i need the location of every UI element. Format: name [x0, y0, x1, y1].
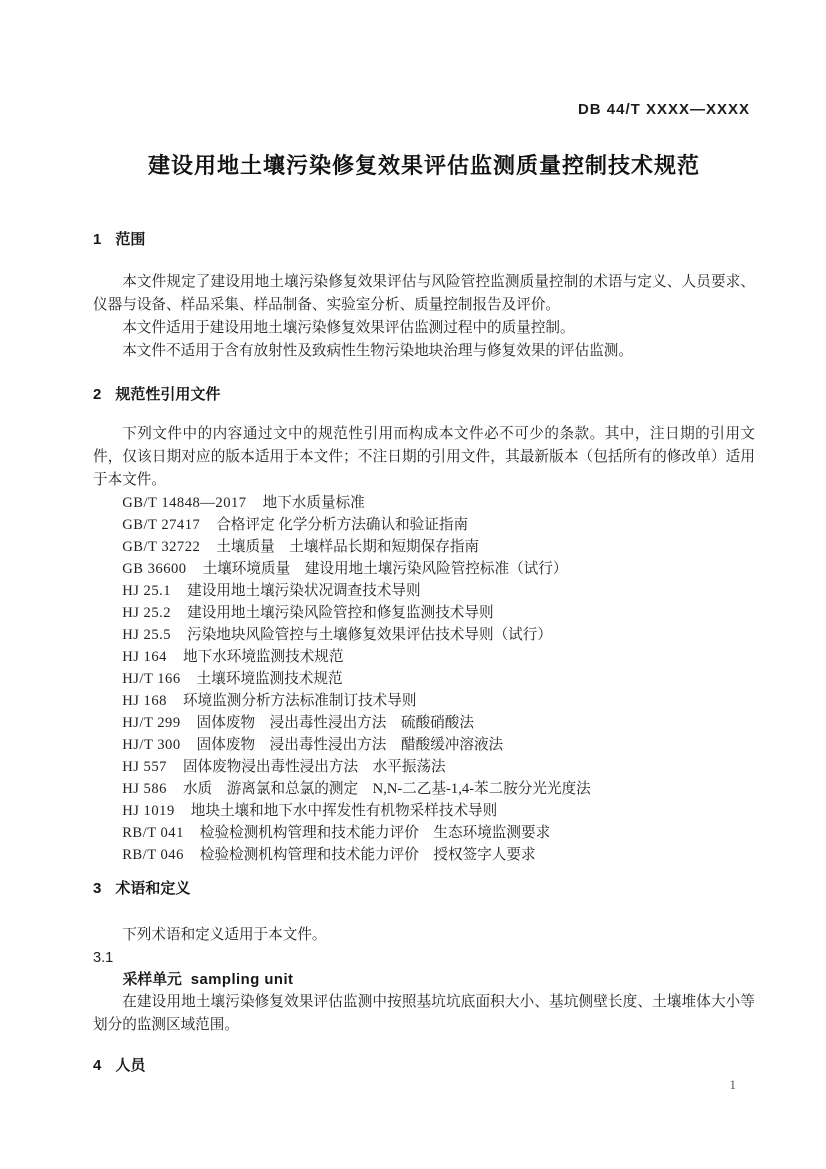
- reference-item: RB/T 041检验检测机构管理和技术能力评价 生态环境监测要求: [93, 822, 755, 844]
- reference-item: GB/T 14848—2017地下水质量标准: [93, 492, 755, 514]
- reference-code: RB/T 046: [122, 844, 184, 866]
- reference-code: HJ 164: [122, 646, 167, 668]
- scope-paragraph-2: 本文件适用于建设用地土壤污染修复效果评估监测过程中的质量控制。: [93, 317, 755, 340]
- reference-title: 环境监测分析方法标准制订技术导则: [183, 693, 417, 709]
- reference-title: 建设用地土壤污染风险管控和修复监测技术导则: [187, 605, 493, 621]
- reference-item: HJ/T 299固体废物 浸出毒性浸出方法 硫酸硝酸法: [93, 712, 755, 734]
- reference-code: RB/T 041: [122, 822, 184, 844]
- reference-code: HJ/T 299: [122, 712, 180, 734]
- scope-paragraph-3: 本文件不适用于含有放射性及致病性生物污染地块治理与修复效果的评估监测。: [93, 340, 755, 363]
- reference-code: GB/T 32722: [122, 536, 200, 558]
- section-1-label: 范围: [115, 231, 145, 248]
- section-1-heading: 1范围: [93, 229, 755, 250]
- scope-paragraph-1: 本文件规定了建设用地土壤污染修复效果评估与风险管控监测质量控制的术语与定义、人员…: [93, 271, 755, 317]
- section-4-heading: 4人员: [93, 1055, 755, 1076]
- section-3-heading: 3术语和定义: [93, 878, 755, 899]
- reference-item: HJ/T 300固体废物 浸出毒性浸出方法 醋酸缓冲溶液法: [93, 734, 755, 756]
- term-number: 3.1: [93, 947, 755, 969]
- reference-item: HJ 1019地块土壤和地下水中挥发性有机物采样技术导则: [93, 800, 755, 822]
- reference-item: GB/T 27417合格评定 化学分析方法确认和验证指南: [93, 514, 755, 536]
- reference-item: HJ 25.2建设用地土壤污染风险管控和修复监测技术导则: [93, 602, 755, 624]
- normative-references-list: GB/T 14848—2017地下水质量标准 GB/T 27417合格评定 化学…: [93, 492, 755, 866]
- reference-item: RB/T 046检验检测机构管理和技术能力评价 授权签字人要求: [93, 844, 755, 866]
- term-name-line: 采样单元sampling unit: [93, 969, 755, 991]
- terms-intro-paragraph: 下列术语和定义适用于本文件。: [93, 924, 755, 947]
- reference-item: GB/T 32722土壤质量 土壤样品长期和短期保存指南: [93, 536, 755, 558]
- reference-code: GB/T 27417: [122, 514, 200, 536]
- term-name-zh: 采样单元: [123, 972, 182, 988]
- reference-item: HJ 25.1建设用地土壤污染状况调查技术导则: [93, 580, 755, 602]
- reference-code: HJ/T 300: [122, 734, 180, 756]
- reference-item: HJ 557固体废物浸出毒性浸出方法 水平振荡法: [93, 756, 755, 778]
- references-intro-paragraph: 下列文件中的内容通过文中的规范性引用而构成本文件必不可少的条款。其中，注日期的引…: [93, 423, 755, 492]
- reference-title: 固体废物 浸出毒性浸出方法 硫酸硝酸法: [197, 715, 474, 731]
- reference-title: 污染地块风险管控与土壤修复效果评估技术导则（试行）: [187, 627, 552, 643]
- document-title: 建设用地土壤污染修复效果评估监测质量控制技术规范: [93, 150, 755, 182]
- reference-code: HJ 25.5: [122, 624, 171, 646]
- reference-item: GB 36600土壤环境质量 建设用地土壤污染风险管控标准（试行）: [93, 558, 755, 580]
- reference-title: 合格评定 化学分析方法确认和验证指南: [216, 517, 468, 533]
- reference-code: HJ 168: [122, 690, 167, 712]
- section-2-label: 规范性引用文件: [115, 386, 220, 403]
- reference-title: 检验检测机构管理和技术能力评价 生态环境监测要求: [200, 825, 550, 841]
- reference-item: HJ 586水质 游离氯和总氯的测定 N,N-二乙基-1,4-苯二胺分光光度法: [93, 778, 755, 800]
- reference-title: 水质 游离氯和总氯的测定 N,N-二乙基-1,4-苯二胺分光光度法: [183, 781, 591, 797]
- reference-item: HJ 168环境监测分析方法标准制订技术导则: [93, 690, 755, 712]
- reference-code: HJ/T 166: [122, 668, 180, 690]
- reference-code: HJ 557: [122, 756, 167, 778]
- reference-code: HJ 25.1: [122, 580, 171, 602]
- reference-code: GB 36600: [122, 558, 186, 580]
- reference-title: 土壤环境质量 建设用地土壤污染风险管控标准（试行）: [203, 561, 568, 577]
- page-number: 1: [730, 1077, 737, 1092]
- reference-title: 建设用地土壤污染状况调查技术导则: [187, 583, 421, 599]
- reference-title: 地下水质量标准: [263, 495, 365, 511]
- reference-item: HJ 164地下水环境监测技术规范: [93, 646, 755, 668]
- reference-item: HJ/T 166土壤环境监测技术规范: [93, 668, 755, 690]
- term-definition-paragraph: 在建设用地土壤污染修复效果评估监测中按照基坑坑底面积大小、基坑侧壁长度、土壤堆体…: [93, 991, 755, 1037]
- section-2-heading: 2规范性引用文件: [93, 384, 755, 405]
- section-4-number: 4: [93, 1055, 101, 1076]
- section-3-label: 术语和定义: [115, 880, 190, 897]
- reference-code: HJ 586: [122, 778, 167, 800]
- reference-title: 土壤质量 土壤样品长期和短期保存指南: [216, 539, 479, 555]
- reference-title: 地下水环境监测技术规范: [183, 649, 344, 665]
- reference-code: HJ 1019: [122, 800, 175, 822]
- reference-code: GB/T 14848—2017: [122, 492, 246, 514]
- document-page: DB 44/T XXXX—XXXX 建设用地土壤污染修复效果评估监测质量控制技术…: [0, 0, 826, 1169]
- reference-code: HJ 25.2: [122, 602, 171, 624]
- term-name-en: sampling unit: [191, 972, 294, 988]
- document-code: DB 44/T XXXX—XXXX: [578, 101, 750, 119]
- reference-title: 土壤环境监测技术规范: [197, 671, 343, 687]
- reference-item: HJ 25.5污染地块风险管控与土壤修复效果评估技术导则（试行）: [93, 624, 755, 646]
- section-1-number: 1: [93, 229, 101, 250]
- section-3-number: 3: [93, 878, 101, 899]
- reference-title: 固体废物浸出毒性浸出方法 水平振荡法: [183, 759, 446, 775]
- reference-title: 固体废物 浸出毒性浸出方法 醋酸缓冲溶液法: [197, 737, 503, 753]
- reference-title: 地块土壤和地下水中挥发性有机物采样技术导则: [191, 803, 497, 819]
- section-2-number: 2: [93, 384, 101, 405]
- section-4-label: 人员: [115, 1057, 145, 1074]
- reference-title: 检验检测机构管理和技术能力评价 授权签字人要求: [200, 847, 536, 863]
